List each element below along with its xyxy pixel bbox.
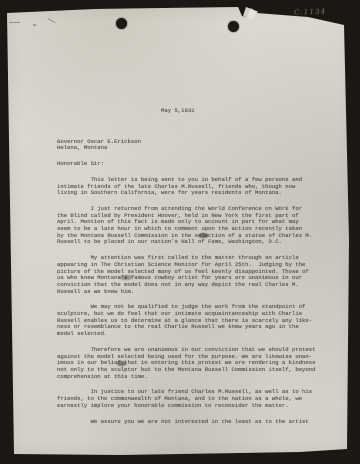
letter-date: May 5,1931 [161, 108, 329, 115]
pencil-mark [9, 22, 20, 23]
letter-paragraph: In justice to our late friend Charles M.… [57, 389, 329, 409]
typewriter-smudge [199, 233, 208, 238]
handwritten-catalog-number: C.1134 [294, 7, 327, 16]
letter-body: May 5,1931 Governor Oscar E.Erickson Hel… [57, 108, 329, 425]
typewriter-smudge [120, 275, 132, 280]
punch-hole-left [116, 18, 127, 29]
letter-paper: May 5,1931 Governor Oscar E.Erickson Hel… [0, 0, 360, 464]
letter-paragraph: We assure you we are not interested in t… [57, 419, 329, 426]
letter-paragraph: We may not be qualified to judge the wor… [57, 304, 329, 338]
letter-paragraph: My attention was first called to the mat… [57, 255, 329, 295]
pencil-mark [33, 24, 36, 26]
letter-paragraph: Therefore we are unanimous in our convic… [57, 347, 329, 381]
scanned-letter-photo: May 5,1931 Governor Oscar E.Erickson Hel… [0, 0, 360, 464]
salutation: Honorable Sir: [57, 161, 329, 168]
recipient-address: Governor Oscar E.Erickson Helena, Montan… [57, 139, 329, 152]
typewriter-smudge [117, 361, 126, 366]
punch-hole-right [228, 21, 239, 32]
letter-paragraph: I just returned from attending the World… [57, 206, 329, 246]
letter-paragraph: This letter is being sent to you in beha… [57, 177, 329, 197]
pencil-mark [47, 18, 56, 23]
